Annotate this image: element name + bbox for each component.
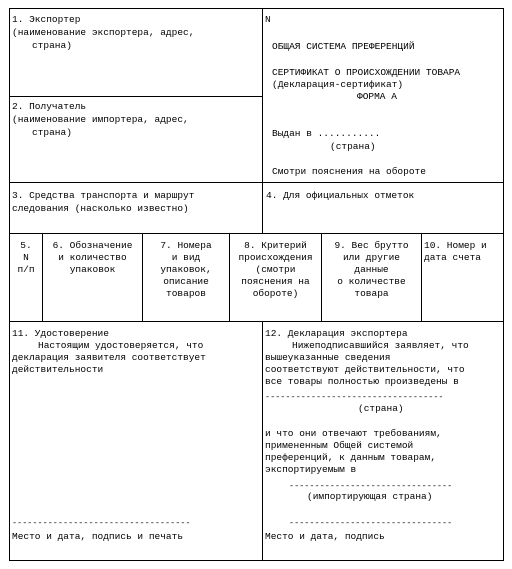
box12-text-2: вышеуказанные сведения — [265, 352, 390, 364]
column-header-invoice: 10. Номер и дата счета — [424, 240, 504, 264]
certificate-subtitle: (Декларация-сертификат) — [272, 79, 403, 91]
box4-title: 4. Для официальных отметок — [266, 190, 414, 202]
box12-signature-label: Место и дата, подпись — [265, 531, 385, 543]
certificate-title: СЕРТИФИКАТ О ПРОИСХОЖДЕНИИ ТОВАРА — [272, 67, 460, 79]
box2-subtitle-2: страна) — [32, 127, 72, 139]
box12-text-3: соответствуют действительности, что — [265, 364, 465, 376]
box12-text-4: все товары полностью произведены в — [265, 376, 459, 388]
column-header-gross-weight: 9. Вес брутто или другие данные о количе… — [322, 240, 421, 300]
box11-text-2: декларация заявителя соответствует — [12, 352, 206, 364]
box2-title: 2. Получатель — [12, 101, 86, 113]
box12-title: 12. Декларация экспортера — [265, 328, 408, 340]
see-notes: Смотри пояснения на обороте — [272, 166, 426, 178]
box12-text-7: преференций, к данным товарам, — [265, 452, 436, 464]
column-header-goods-description: 7. Номера и вид упаковок, описание товар… — [143, 240, 229, 300]
form-name: ФОРМА А — [357, 91, 397, 103]
box3-line-2: следования (насколько известно) — [12, 203, 189, 215]
column-header-packages: 6. Обозначение и количество упаковок — [43, 240, 142, 276]
box12-country-hint: (страна) — [358, 403, 404, 415]
box12-signature-line: -------------------------------- — [289, 517, 452, 529]
box11-title: 11. Удостоверение — [12, 328, 109, 340]
box1-subtitle-1: (наименование экспортера, адрес, — [12, 27, 194, 39]
divider-table-box11 — [9, 321, 504, 322]
column-header-origin-criterion: 8. Критерий происхождения (смотри поясне… — [230, 240, 321, 300]
box11-text-1: Настоящим удостоверяется, что — [38, 340, 203, 352]
divider-box1-box2 — [9, 96, 262, 97]
column-header-item-number: 5. N п/п — [10, 240, 42, 276]
certificate-number-label: N — [265, 14, 271, 26]
issued-country-hint: (страна) — [330, 141, 376, 153]
divider-box2-box3 — [9, 182, 504, 183]
box12-text-1: Нижеподписавшийся заявляет, что — [292, 340, 469, 352]
box11-signature-line: ----------------------------------- — [12, 517, 191, 529]
col-divider-5 — [421, 233, 422, 322]
box12-text-6: примененным Общей системой — [265, 440, 413, 452]
divider-vertical-bottom — [262, 321, 263, 561]
box12-country-line: ----------------------------------- — [265, 391, 444, 403]
box1-subtitle-2: страна) — [32, 40, 72, 52]
box1-title: 1. Экспортер — [12, 14, 80, 26]
box11-text-3: действительности — [12, 364, 103, 376]
box3-line-1: 3. Средства транспорта и маршрут — [12, 190, 194, 202]
box12-text-5: и что они отвечают требованиям, — [265, 428, 442, 440]
box11-signature-label: Место и дата, подпись и печать — [12, 531, 183, 543]
box12-importing-country-hint: (импортирующая страна) — [307, 491, 432, 503]
box12-text-8: экспортируемым в — [265, 464, 356, 476]
system-title: ОБЩАЯ СИСТЕМА ПРЕФЕРЕНЦИЙ — [272, 41, 415, 53]
box2-subtitle-1: (наименование импортера, адрес, — [12, 114, 189, 126]
issued-in[interactable]: Выдан в ........... — [272, 128, 380, 140]
divider-vertical-top — [262, 8, 263, 234]
divider-box3-table — [9, 233, 504, 234]
